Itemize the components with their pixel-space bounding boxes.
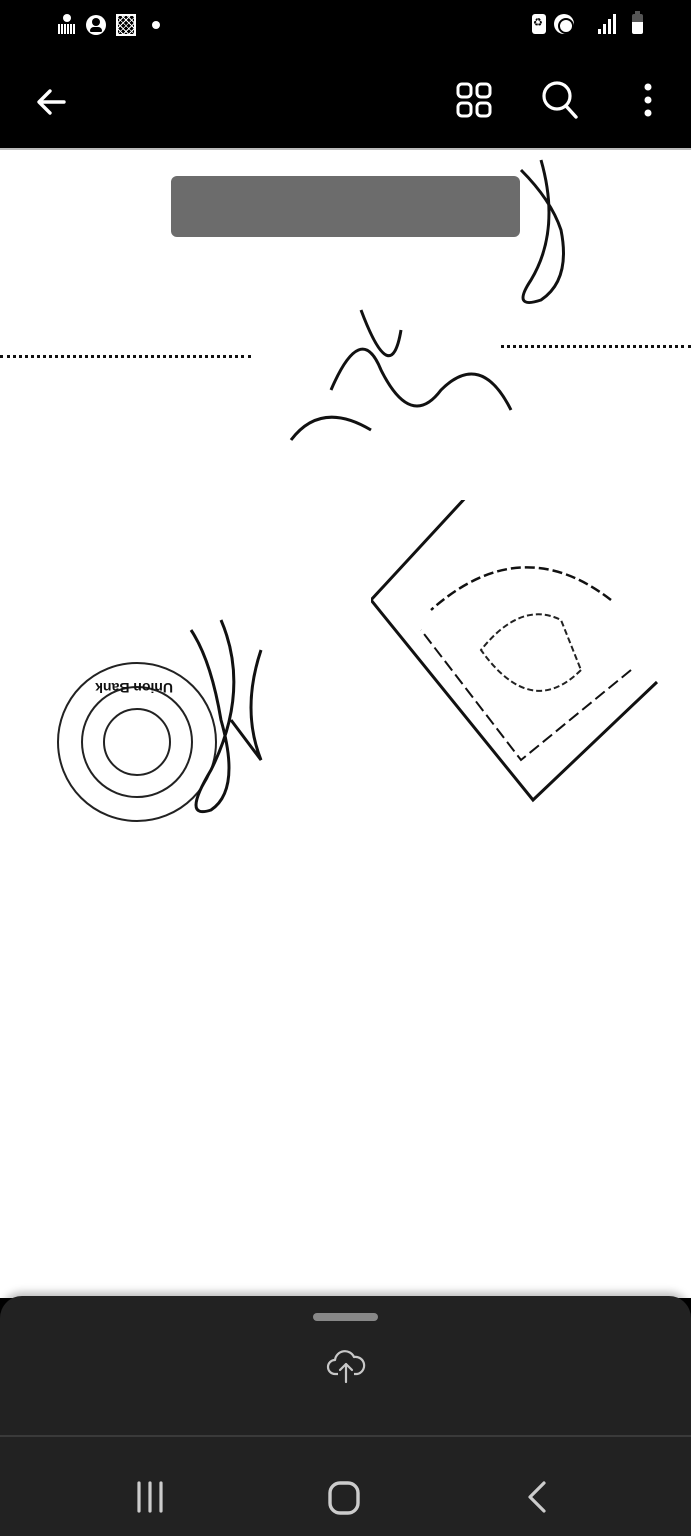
write-line-right	[0, 355, 251, 358]
signature-officer	[281, 300, 521, 450]
grid-view-button[interactable]	[452, 78, 496, 122]
search-button[interactable]	[538, 76, 582, 124]
back-button[interactable]	[32, 82, 72, 122]
navigation-bar	[0, 1437, 691, 1536]
home-button[interactable]	[322, 1479, 366, 1519]
recent-apps-button[interactable]	[130, 1477, 170, 1517]
nav-back-icon	[520, 1477, 556, 1517]
more-options-button[interactable]	[630, 78, 666, 122]
notification-dot-icon	[152, 21, 160, 29]
signature-seal	[161, 610, 281, 830]
pattern-icon	[116, 14, 136, 36]
bottom-sheet	[0, 1296, 691, 1436]
alarm-icon	[554, 14, 574, 34]
nav-back-button[interactable]	[520, 1477, 556, 1517]
status-left	[48, 14, 160, 36]
document-viewport[interactable]: Union Bank	[0, 148, 691, 1298]
status-right	[532, 14, 643, 34]
upload-onedrive-button[interactable]	[220, 1348, 471, 1428]
recent-apps-icon	[130, 1477, 170, 1517]
search-icon	[538, 76, 582, 124]
government-app-icon	[58, 14, 76, 36]
app-bar	[0, 60, 691, 148]
arrow-left-icon	[32, 82, 72, 122]
status-bar	[0, 0, 691, 60]
more-vertical-icon	[630, 78, 666, 122]
filename-toast	[171, 176, 520, 237]
battery-saver-icon	[532, 14, 546, 34]
registrar-stamp	[371, 500, 671, 830]
document-page: Union Bank	[0, 150, 691, 1298]
signal-icon	[598, 14, 616, 34]
grid-view-icon	[452, 78, 496, 122]
sheet-drag-handle[interactable]	[313, 1313, 378, 1321]
battery-icon	[632, 14, 643, 34]
cloud-upload-icon	[326, 1348, 366, 1384]
write-line-left	[501, 345, 691, 348]
account-icon	[86, 15, 106, 35]
home-icon	[322, 1479, 366, 1519]
